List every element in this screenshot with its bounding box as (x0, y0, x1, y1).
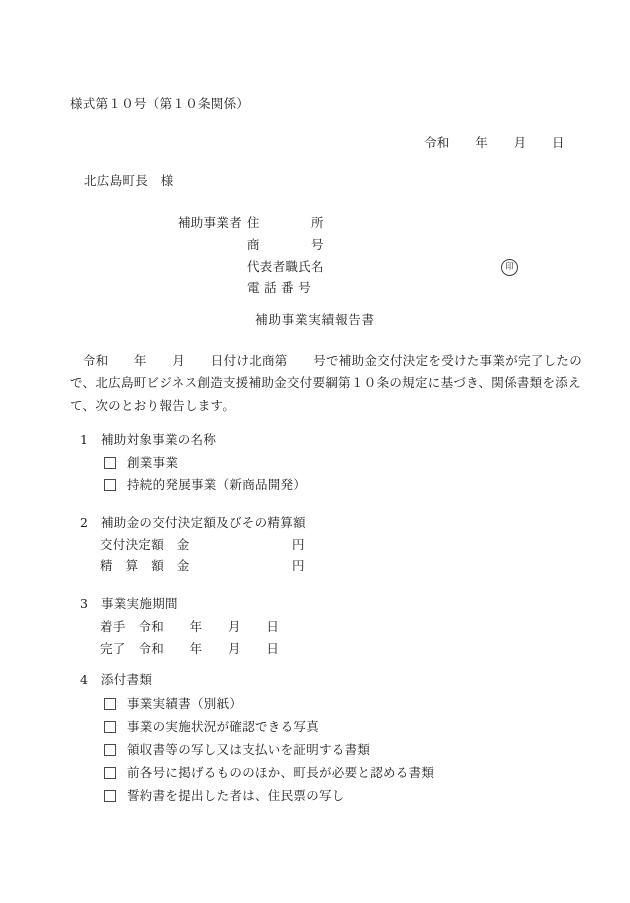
section-4-heading: 添付書類 (101, 671, 152, 689)
checkbox-unchecked-icon (104, 767, 116, 779)
checkbox-label: 創業事業 (127, 454, 178, 472)
checkbox-unchecked-icon (104, 721, 116, 733)
applicant-label: 補助事業者 (178, 214, 242, 232)
seal-text: 印 (505, 263, 514, 272)
document-title: 補助事業実績報告書 (0, 311, 630, 329)
checkbox-row: 創業事業 (104, 454, 178, 472)
checkbox-row: 持続的発展事業（新商品開発） (104, 476, 306, 494)
complete-date-line: 完了 令和 年 月 日 (100, 640, 279, 658)
body-line: 令和 年 月 日付け北商第 号で補助金交付決定を受けた事業が完了したの (70, 352, 582, 370)
addressee: 北広島町長 様 (84, 172, 174, 190)
checkbox-row: 事業実績書（別紙） (104, 695, 242, 713)
checkbox-row: 前各号に掲げるもののほか、町長が必要と認める書類 (104, 764, 434, 782)
checkbox-unchecked-icon (104, 744, 116, 756)
applicant-phone-label: 電 話 番 号 (247, 279, 311, 297)
checkbox-row: 領収書等の写し又は支払いを証明する書類 (104, 741, 370, 759)
checkbox-label: 領収書等の写し又は支払いを証明する書類 (127, 741, 370, 759)
checkbox-row: 誓約書を提出した者は、住民票の写し (104, 787, 345, 805)
section-1-heading: 補助対象事業の名称 (101, 431, 216, 449)
applicant-representative-label: 代表者職氏名 (247, 258, 324, 276)
checkbox-unchecked-icon (104, 790, 116, 802)
section-1-number: 1 (80, 431, 88, 449)
section-2-number: 2 (80, 514, 88, 532)
checkbox-label: 持続的発展事業（新商品開発） (127, 476, 306, 494)
checkbox-unchecked-icon (104, 457, 116, 469)
applicant-trade-name-label: 商 号 (247, 236, 324, 254)
body-line: で、北広島町ビジネス創造支援補助金交付要綱第１０条の規定に基づき、関係書類を添え (70, 374, 581, 392)
checkbox-label: 誓約書を提出した者は、住民票の写し (127, 787, 345, 805)
checkbox-label: 事業の実施状況が確認できる写真 (127, 718, 319, 736)
checkbox-label: 前各号に掲げるもののほか、町長が必要と認める書類 (127, 764, 434, 782)
seal-mark-icon: 印 (501, 259, 518, 276)
settled-amount-line: 精 算 額 金 円 (100, 557, 305, 575)
date-line: 令和 年 月 日 (424, 134, 565, 152)
form-number: 様式第１０号（第１０条関係） (70, 95, 249, 113)
section-2-heading: 補助金の交付決定額及びその精算額 (101, 514, 306, 532)
section-3-heading: 事業実施期間 (101, 595, 178, 613)
body-line: て、次のとおり報告します。 (70, 397, 235, 415)
decided-amount-line: 交付決定額 金 円 (100, 536, 305, 554)
start-date-line: 着手 令和 年 月 日 (100, 618, 279, 636)
checkbox-label: 事業実績書（別紙） (127, 695, 242, 713)
checkbox-unchecked-icon (104, 698, 116, 710)
checkbox-row: 事業の実施状況が確認できる写真 (104, 718, 319, 736)
applicant-address-label: 住 所 (247, 214, 324, 232)
document-page: 様式第１０号（第１０条関係） 令和 年 月 日 北広島町長 様 補助事業者 住 … (0, 0, 630, 903)
section-3-number: 3 (80, 595, 88, 613)
section-4-number: 4 (80, 671, 88, 689)
checkbox-unchecked-icon (104, 479, 116, 491)
